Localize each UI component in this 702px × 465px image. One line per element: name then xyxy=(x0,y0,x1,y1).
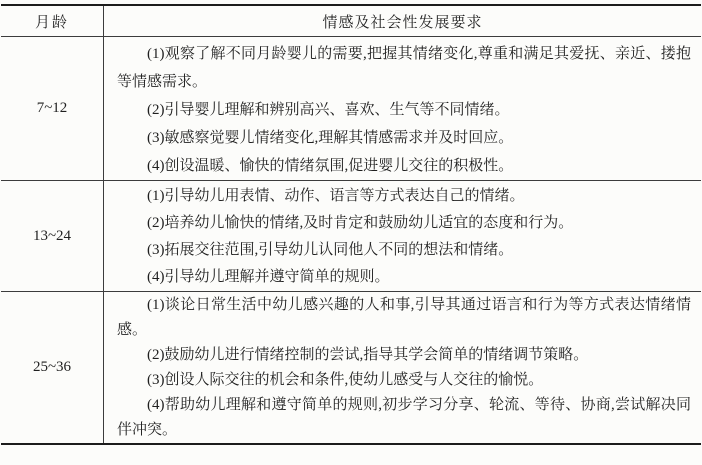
requirement-item: (2)引导婴儿理解和辨别高兴、喜欢、生气等不同情绪。 xyxy=(117,96,691,124)
requirement-item: (4)帮助幼儿理解和遵守简单的规则,初步学习分享、轮流、等待、协商,尝试解决同伴… xyxy=(117,393,691,443)
requirement-item: (1)谈论日常生活中幼儿感兴趣的人和事,引导其通过语言和行为等方式表达情绪情感。 xyxy=(117,293,691,343)
requirement-item: (3)拓展交往范围,引导幼儿认同他人不同的想法和情绪。 xyxy=(117,237,691,264)
requirement-item: (1)引导幼儿用表情、动作、语言等方式表达自己的情绪。 xyxy=(117,183,691,210)
table-row: 25~36 (1)谈论日常生活中幼儿感兴趣的人和事,引导其通过语言和行为等方式表… xyxy=(1,292,701,443)
age-range-cell: 13~24 xyxy=(1,181,104,291)
requirement-item: (3)敏感察觉婴儿情绪变化,理解其情感需求并及时回应。 xyxy=(117,124,691,152)
requirements-cell: (1)观察了解不同月龄婴儿的需要,把握其情绪变化,尊重和满足其爱抚、亲近、搂抱等… xyxy=(104,37,701,180)
requirement-item: (4)引导幼儿理解并遵守简单的规则。 xyxy=(117,264,691,291)
requirement-item: (2)培养幼儿愉快的情绪,及时肯定和鼓励幼儿适宜的态度和行为。 xyxy=(117,210,691,237)
requirement-item: (1)观察了解不同月龄婴儿的需要,把握其情绪变化,尊重和满足其爱抚、亲近、搂抱等… xyxy=(117,40,691,96)
requirement-item: (3)创设人际交往的机会和条件,使幼儿感受与人交往的愉悦。 xyxy=(117,368,691,393)
table-row: 13~24 (1)引导幼儿用表情、动作、语言等方式表达自己的情绪。 (2)培养幼… xyxy=(1,181,701,292)
requirements-cell: (1)引导幼儿用表情、动作、语言等方式表达自己的情绪。 (2)培养幼儿愉快的情绪… xyxy=(104,181,701,291)
age-range-cell: 7~12 xyxy=(1,37,104,180)
requirements-cell: (1)谈论日常生活中幼儿感兴趣的人和事,引导其通过语言和行为等方式表达情绪情感。… xyxy=(104,292,701,443)
column-header-age: 月龄 xyxy=(1,6,104,36)
scanned-document-page: { "page": { "background_color": "#fcfcfa… xyxy=(0,0,702,465)
development-requirements-table: 月龄 情感及社会性发展要求 7~12 (1)观察了解不同月龄婴儿的需要,把握其情… xyxy=(1,4,701,445)
column-header-requirements: 情感及社会性发展要求 xyxy=(104,6,701,36)
requirement-item: (2)鼓励幼儿进行情绪控制的尝试,指导其学会简单的情绪调节策略。 xyxy=(117,343,691,368)
table-header-row: 月龄 情感及社会性发展要求 xyxy=(1,6,701,37)
requirement-item: (4)创设温暖、愉快的情绪氛围,促进婴儿交往的积极性。 xyxy=(117,152,691,180)
age-range-cell: 25~36 xyxy=(1,292,104,443)
table-row: 7~12 (1)观察了解不同月龄婴儿的需要,把握其情绪变化,尊重和满足其爱抚、亲… xyxy=(1,37,701,181)
